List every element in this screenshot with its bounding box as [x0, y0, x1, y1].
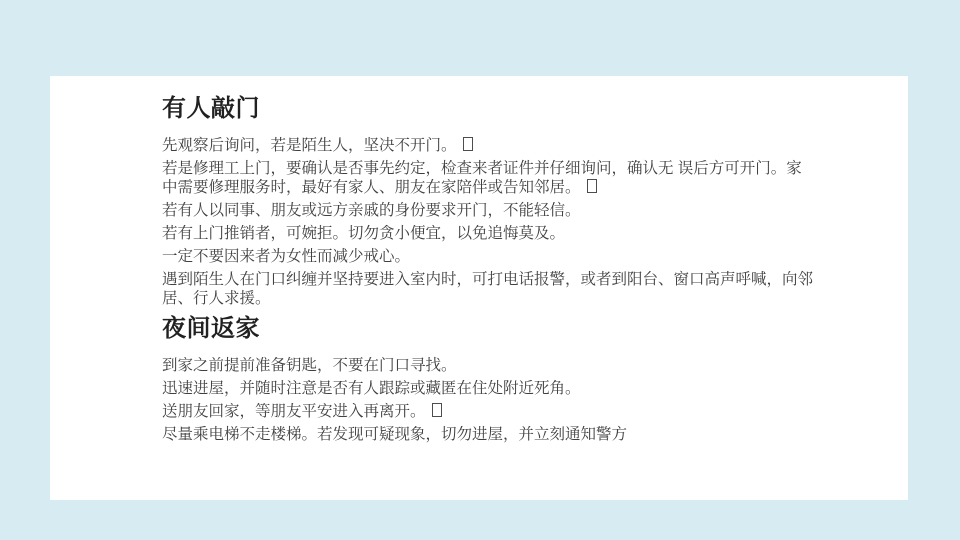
- body-line-text: 先观察后询问，若是陌生人，坚决不开门。: [162, 137, 457, 154]
- body-line: 若是修理工上门，要确认是否事先约定，检查来者证件并仔细询问，确认无 误后方可开门…: [162, 159, 816, 197]
- body-line: 若有上门推销者，可婉拒。切勿贪小便宜，以免追悔莫及。: [162, 224, 816, 243]
- body-line-text: 遇到陌生人在门口纠缠并坚持要进入室内时，可打电话报警，或者到阳台、窗口高声呼喊，…: [162, 271, 813, 307]
- body-line: 送朋友回家，等朋友平安进入再离开。: [162, 402, 816, 421]
- body-line: 一定不要因来者为女性而减少戒心。: [162, 247, 816, 266]
- slide-background: 有人敲门先观察后询问，若是陌生人，坚决不开门。若是修理工上门，要确认是否事先约定…: [0, 0, 960, 540]
- content-card: 有人敲门先观察后询问，若是陌生人，坚决不开门。若是修理工上门，要确认是否事先约定…: [50, 76, 908, 500]
- slide-content: 有人敲门先观察后询问，若是陌生人，坚决不开门。若是修理工上门，要确认是否事先约定…: [50, 76, 908, 444]
- missing-glyph-box-icon: [463, 137, 473, 151]
- body-line-text: 尽量乘电梯不走楼梯。若发现可疑现象，切勿进屋，并立刻通知警方: [162, 426, 627, 443]
- body-line: 尽量乘电梯不走楼梯。若发现可疑现象，切勿进屋，并立刻通知警方: [162, 425, 816, 444]
- missing-glyph-box-icon: [432, 403, 442, 417]
- body-line-text: 若有人以同事、朋友或远方亲戚的身份要求开门，不能轻信。: [162, 202, 581, 219]
- body-line-text: 若是修理工上门，要确认是否事先约定，检查来者证件并仔细询问，确认无 误后方可开门…: [162, 160, 802, 196]
- body-line: 迅速进屋，并随时注意是否有人跟踪或藏匿在住处附近死角。: [162, 379, 816, 398]
- body-line: 到家之前提前准备钥匙，不要在门口寻找。: [162, 356, 816, 375]
- body-line-text: 送朋友回家，等朋友平安进入再离开。: [162, 403, 426, 420]
- body-line: 先观察后询问，若是陌生人，坚决不开门。: [162, 136, 816, 155]
- body-line-text: 一定不要因来者为女性而减少戒心。: [162, 248, 410, 265]
- body-line-text: 到家之前提前准备钥匙，不要在门口寻找。: [162, 357, 457, 374]
- body-line-text: 若有上门推销者，可婉拒。切勿贪小便宜，以免追悔莫及。: [162, 225, 565, 242]
- missing-glyph-box-icon: [587, 179, 597, 193]
- section-heading: 有人敲门: [162, 94, 816, 124]
- body-line-text: 迅速进屋，并随时注意是否有人跟踪或藏匿在住处附近死角。: [162, 380, 581, 397]
- body-line: 若有人以同事、朋友或远方亲戚的身份要求开门，不能轻信。: [162, 201, 816, 220]
- section-heading: 夜间返家: [162, 314, 816, 344]
- body-line: 遇到陌生人在门口纠缠并坚持要进入室内时，可打电话报警，或者到阳台、窗口高声呼喊，…: [162, 270, 816, 308]
